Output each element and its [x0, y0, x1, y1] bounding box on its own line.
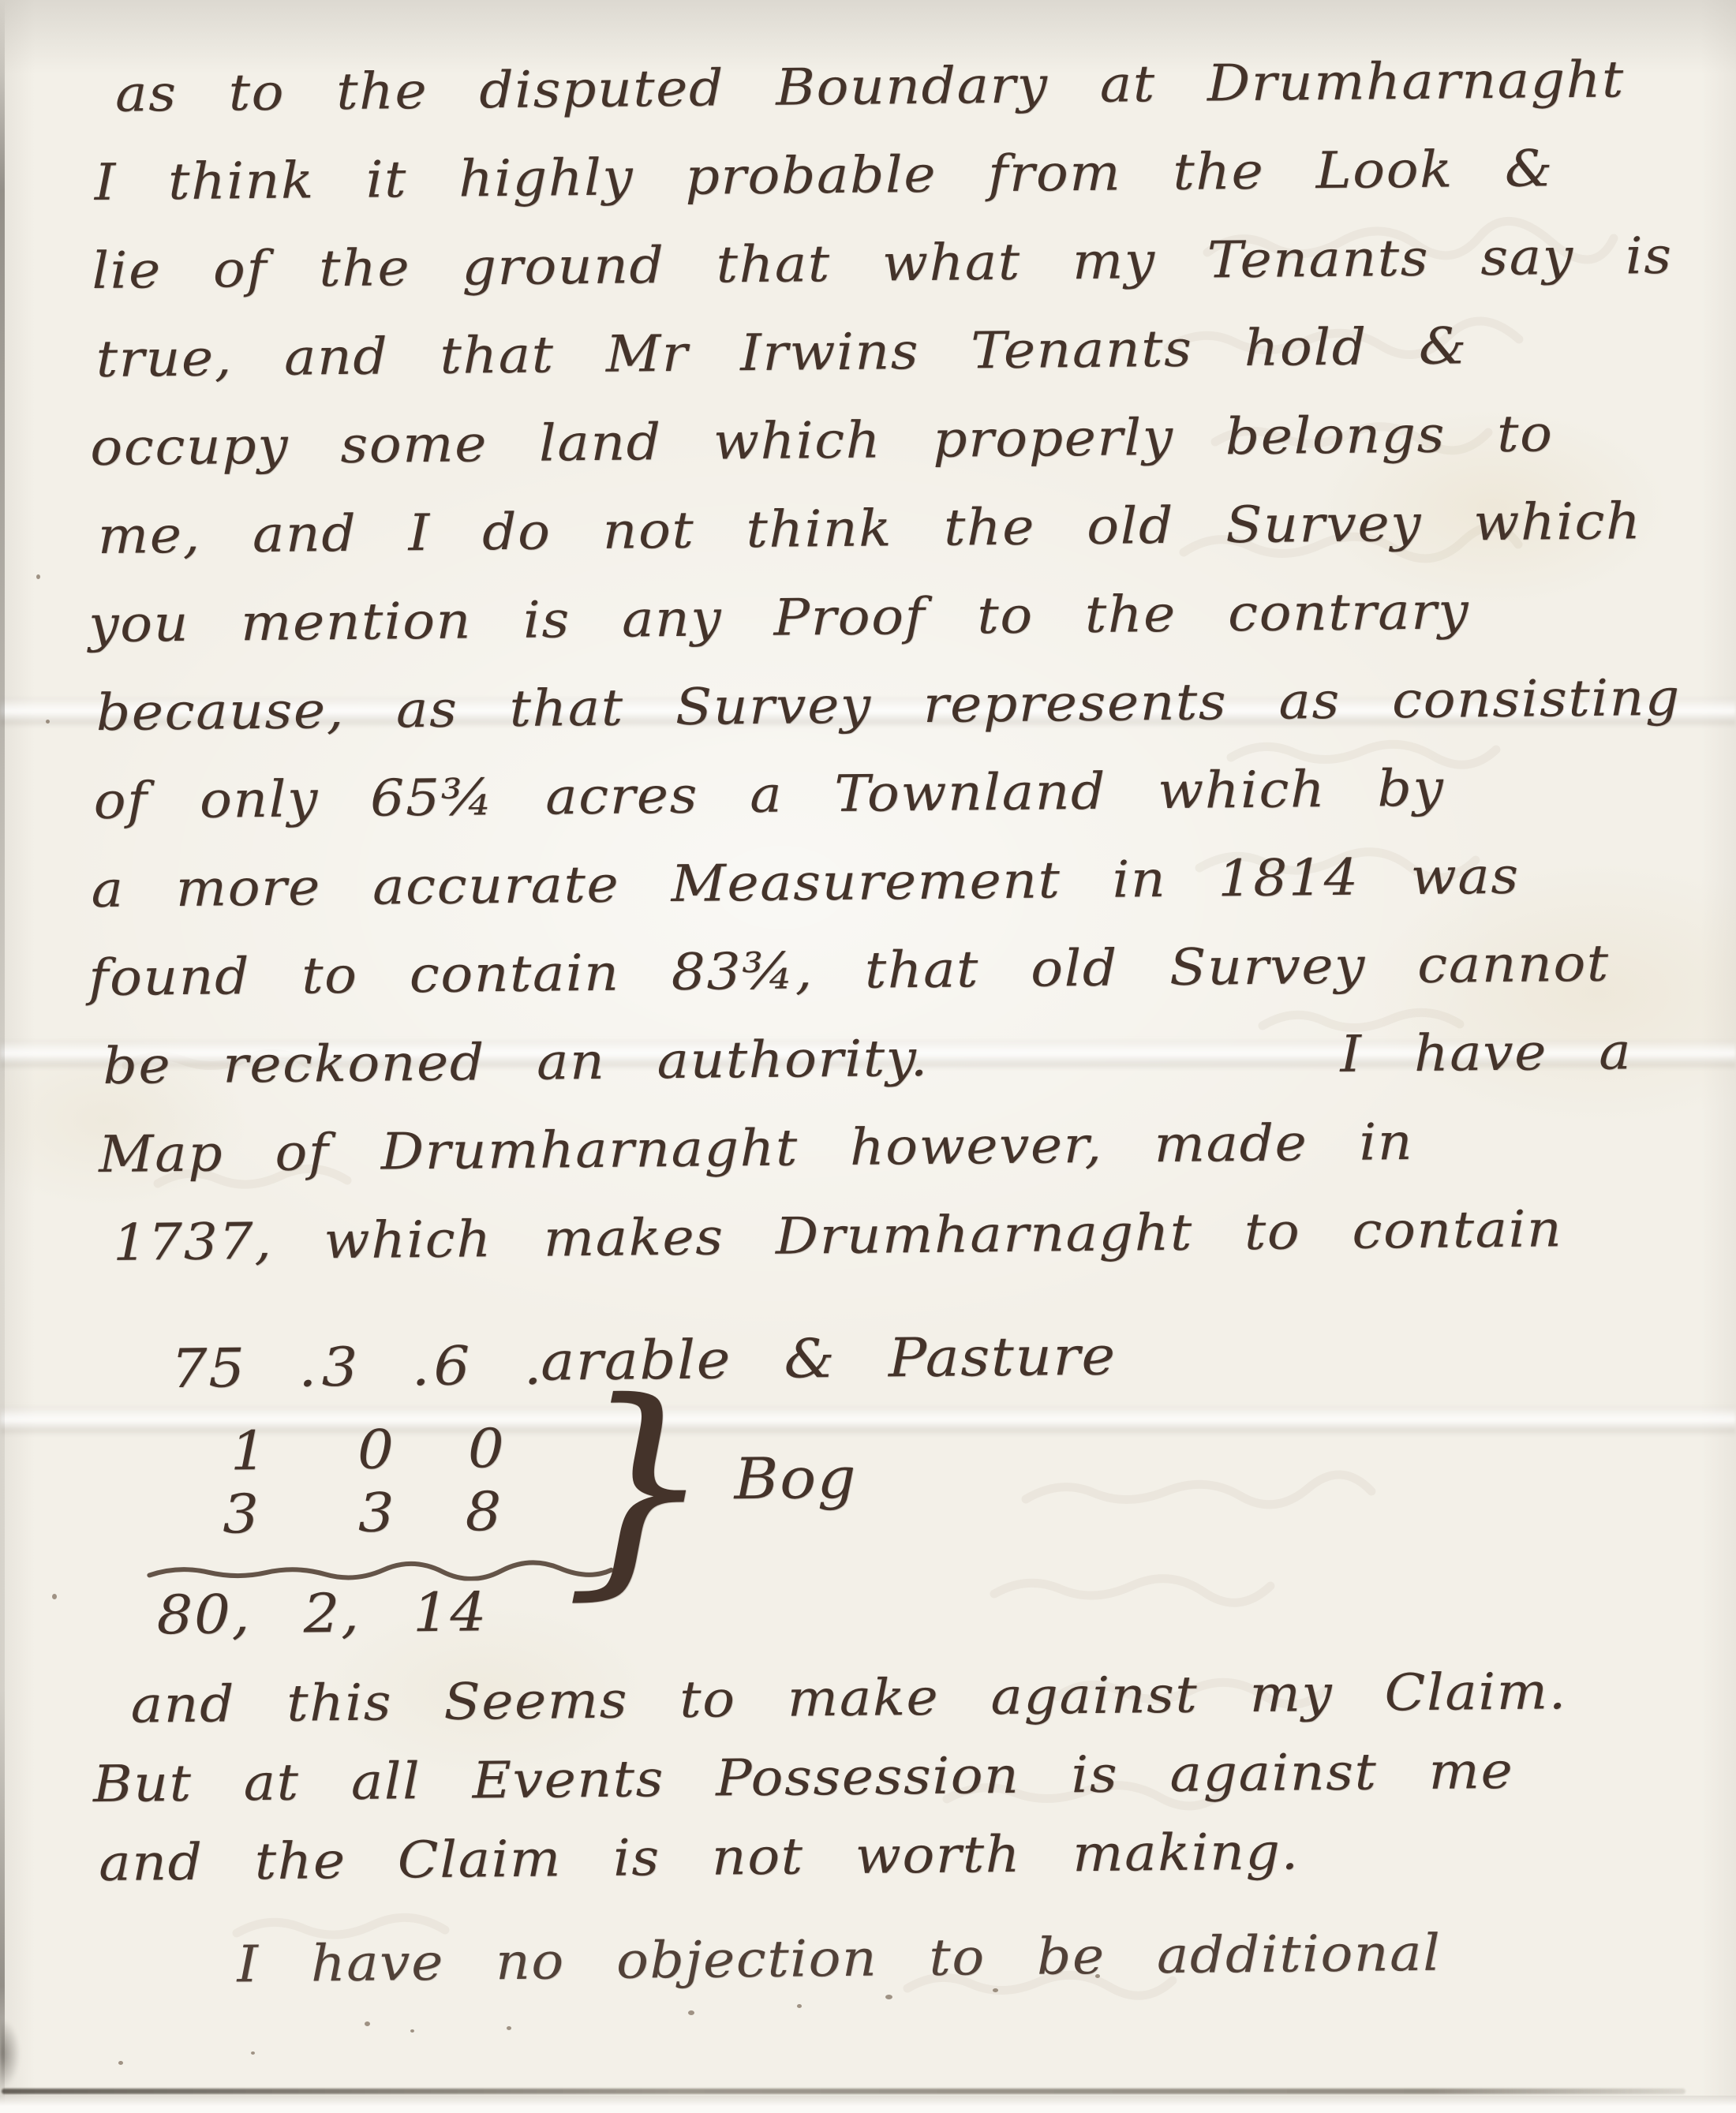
page-bottom-edge: [2, 2089, 1685, 2094]
ink-speck: [410, 2029, 414, 2033]
letter-final-line: I have no objection to be additional: [237, 1910, 1736, 2004]
letter-line: 1737, which makes Drumharnaght to contai…: [113, 1183, 1736, 1288]
ink-speck: [118, 2061, 123, 2065]
page-left-edge: [0, 0, 5, 2113]
ink-speck: [52, 1594, 57, 1599]
ink-speck: [993, 1988, 998, 1992]
letter-line: because, as that Survey represents as co…: [95, 653, 1736, 757]
letter-line: of only 65¾ acres a Townland which by: [93, 741, 1736, 846]
scanner-background-strip: [0, 2096, 1736, 2113]
figure-perches: 8: [465, 1481, 503, 1544]
letter-line: I think it highly probable from the Look…: [94, 122, 1736, 227]
letter-line: a more accurate Measurement in 1814 was: [91, 829, 1736, 934]
corner-smudge: [0, 2018, 21, 2089]
letter-line: found to contain 83¾, that old Survey ca…: [88, 918, 1736, 1023]
letter-body: as to the disputed Boundary at Drumharna…: [93, 34, 1736, 2006]
ink-speck: [885, 1995, 892, 1999]
letter-line: true, and that Mr Irwins Tenants hold &: [95, 299, 1736, 404]
letter-line: me, and I do not think the old Survey wh…: [97, 476, 1736, 581]
bog-label: Bog: [734, 1446, 857, 1510]
figure-roods: 3 .: [321, 1336, 431, 1400]
acreage-figures: 75 . 3 . 6 . arable & Pasture 1 0 0 3 3 …: [105, 1287, 1736, 1666]
ink-speck: [797, 2004, 802, 2008]
ink-speck: [365, 2021, 370, 2026]
ink-speck: [46, 720, 50, 724]
letter-line: as to the disputed Boundary at Drumharna…: [115, 34, 1736, 139]
letter-line: be reckoned an authority. I have a: [103, 1006, 1736, 1111]
figures-total: 80, 2, 14: [156, 1577, 488, 1651]
figure-acres: 3: [223, 1483, 260, 1546]
figure-perches: 6 .: [433, 1335, 543, 1399]
ink-speck: [688, 2010, 694, 2015]
figure-perches: 0: [468, 1418, 506, 1481]
ink-speck: [36, 574, 40, 579]
figure-roods: 0: [357, 1419, 395, 1482]
ink-speck: [1095, 1974, 1100, 1978]
figure-acres: 75 .: [170, 1337, 318, 1401]
scanned-letter-page: as to the disputed Boundary at Drumharna…: [0, 0, 1736, 2113]
figure-acres: 1: [230, 1420, 268, 1483]
letter-line: Map of Drumharnaght however, made in: [99, 1094, 1736, 1199]
ink-speck: [507, 2026, 511, 2030]
letter-line: lie of the ground that what my Tenants s…: [92, 211, 1736, 316]
figure-roods: 3: [357, 1482, 395, 1545]
letter-line: you mention is any Proof to the contrary: [88, 564, 1736, 669]
ink-speck: [251, 2051, 255, 2055]
letter-line: But at all Events Possession is against …: [92, 1729, 1736, 1824]
letter-line: occupy some land which properly belongs …: [90, 387, 1736, 492]
